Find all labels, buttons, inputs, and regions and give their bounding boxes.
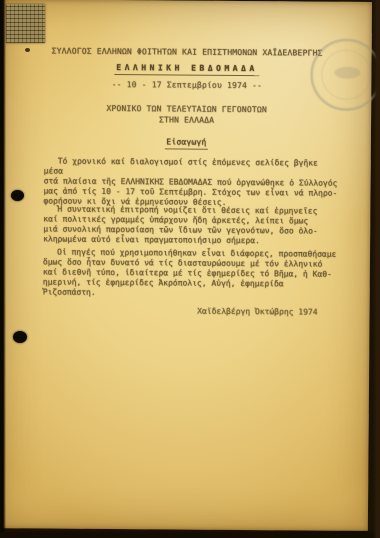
paper-sheet: ΣΥΛΛΟΓΟΣ ΕΛΛΗΝΩΝ ΦΟΙΤΗΤΩΝ ΚΑΙ ΕΠΙΣΤΗΜΟΝΩ… [0, 0, 372, 531]
corner-mount-patch-icon [6, 4, 45, 43]
scan-edge-right [373, 0, 380, 538]
paragraph-2: Ἡ συντακτική ἐπιτροπή νομίζει ὅτι θέσεις… [43, 204, 341, 246]
place-date-line: Χαϊδελβέργη Ὀκτώβρης 1974 [197, 307, 317, 318]
ink-speck [25, 48, 30, 52]
scan-edge-bottom [0, 530, 380, 538]
section-heading: Εἰσαγωγή [2, 136, 371, 151]
event-title-text: ΕΛΛΗΝΙΚΗ ΕΒΔΟΜΑΔΑ [114, 63, 259, 76]
scan-edge-left [0, 0, 6, 538]
hole-punch-top [11, 190, 24, 201]
scanned-document-page: ΣΥΛΛΟΓΟΣ ΕΛΛΗΝΩΝ ΦΟΙΤΗΤΩΝ ΚΑΙ ΕΠΙΣΤΗΜΟΝΩ… [0, 0, 380, 538]
stamp-smudge [334, 67, 360, 79]
section-heading-text: Εἰσαγωγή [165, 137, 207, 149]
paragraph-1: Τό χρονικό καί διαλογισμοί στίς ἑπόμενες… [43, 156, 341, 208]
paragraph-3: Οἱ πηγές πού χρησιμοποιήθηκαν εἶναι διάφ… [43, 247, 341, 299]
round-ink-stamp-icon [310, 39, 380, 112]
hole-punch-bottom [13, 331, 27, 343]
document-subtitle-line2: ΣΤΗΝ ΕΛΛΑΔΑ [2, 114, 371, 127]
